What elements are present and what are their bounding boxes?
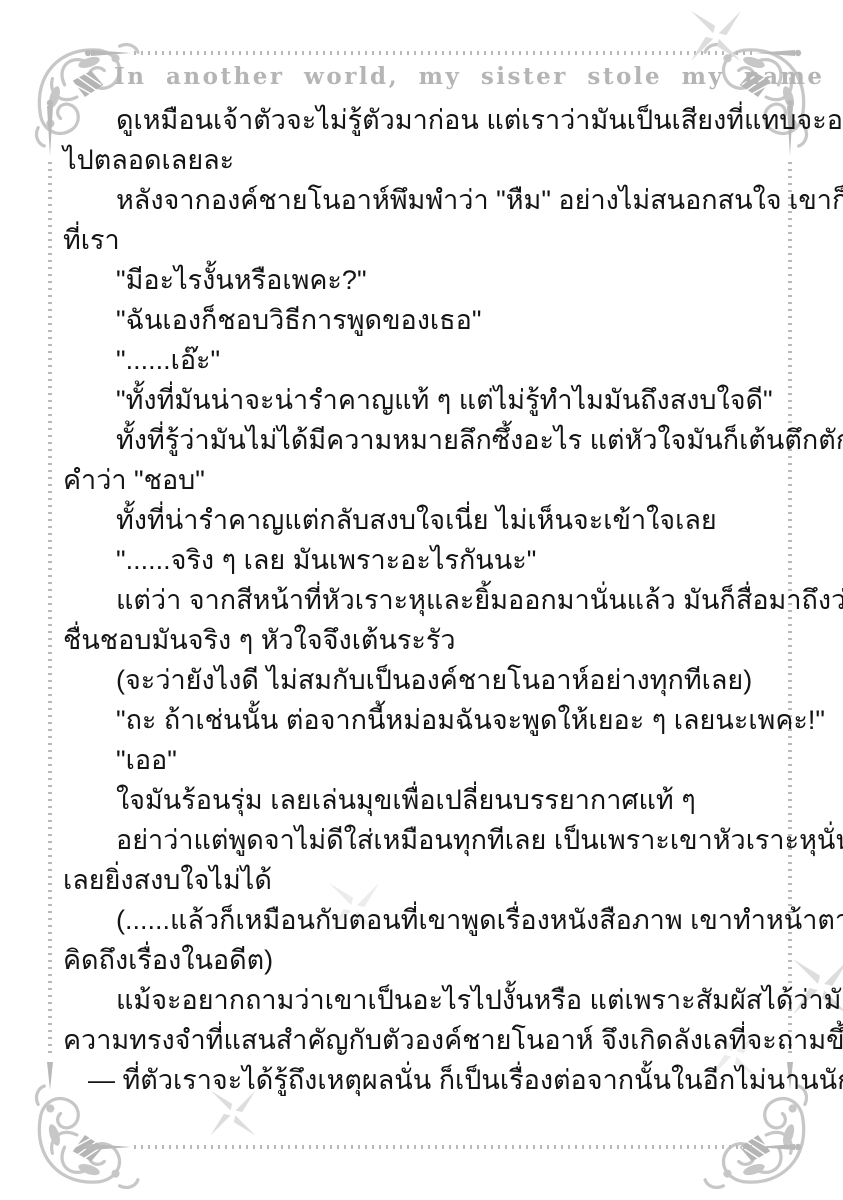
border-top-dotted-line [134,51,752,55]
border-left-dotted-line [48,162,52,1058]
text-line: อย่าว่าแต่พูดจาไม่ดีใส่เหมือนทุกทีเลย เป… [63,820,785,860]
text-line: "เออ" [63,740,785,780]
text-line: ที่เรา [63,220,785,260]
text-line: แต่ว่า จากสีหน้าที่หัวเราะหุและยิ้มออกมา… [63,580,785,620]
text-line: (จะว่ายังไงดี ไม่สมกับเป็นองค์ชายโนอาห์อ… [63,660,785,700]
text-line: "......เอ๊ะ" [63,340,785,380]
text-line: ใจมันร้อนรุ่ม เลยเล่นมุขเพื่อเปลี่ยนบรรย… [63,780,785,820]
text-line: คิดถึงเรื่องในอดีต) [63,940,785,980]
text-line: ความทรงจำที่แสนสำคัญกับตัวองค์ชายโนอาห์ … [63,1020,785,1060]
text-line: ชื่นชอบมันจริง ๆ หัวใจจึงเต้นระรัว [63,620,785,660]
book-page: In another world, my sister stole my nam… [0,0,843,1200]
text-line: ทั้งที่น่ารำคาญแต่กลับสงบใจเนี่ย ไม่เห็น… [63,500,785,540]
text-line: "ทั้งที่มันน่าจะน่ารำคาญแท้ ๆ แต่ไม่รู้ท… [63,380,785,420]
text-line: "ถะ ถ้าเช่นนั้น ต่อจากนี้หม่อมฉันจะพูดให… [63,700,785,740]
teardrop-finial-icon [46,1061,54,1091]
text-line: คำว่า "ชอบ" [63,460,785,500]
body-text: ดูเหมือนเจ้าตัวจะไม่รู้ตัวมาก่อน แต่เราว… [63,100,785,1100]
teardrop-finial-icon [46,98,54,158]
four-point-sparkle-icon [688,8,744,64]
text-line: ไปตลอดเลยละ [63,140,785,180]
text-line: — ที่ตัวเราจะได้รู้ถึงเหตุผลนั่น ก็เป็นเ… [63,1060,785,1100]
text-line: "ฉันเองก็ชอบวิธีการพูดของเธอ" [63,300,785,340]
text-line: (......แล้วก็เหมือนกับตอนที่เขาพูดเรื่อง… [63,900,785,940]
teardrop-finial-icon [754,49,802,57]
text-line: ดูเหมือนเจ้าตัวจะไม่รู้ตัวมาก่อน แต่เราว… [63,100,785,140]
teardrop-finial-icon [84,49,132,57]
text-line: เลยยิ่งสงบใจไม่ได้ [63,860,785,900]
text-line: ทั้งที่รู้ว่ามันไม่ได้มีความหมายลึกซึ้งอ… [63,420,785,460]
text-line: "มีอะไรงั้นหรือเพคะ?" [63,260,785,300]
border-bottom-dotted-line [134,1145,752,1149]
text-line: หลังจากองค์ชายโนอาห์พึมพำว่า "หืม" อย่าง… [63,180,785,220]
teardrop-finial-icon [84,1143,132,1151]
text-line: แม้จะอยากถามว่าเขาเป็นอะไรไปงั้นหรือ แต่… [63,980,785,1020]
teardrop-finial-icon [754,1143,802,1151]
text-line: "......จริง ๆ เลย มันเพราะอะไรกันนะ" [63,540,785,580]
page-header-title: In another world, my sister stole my nam… [114,63,674,91]
